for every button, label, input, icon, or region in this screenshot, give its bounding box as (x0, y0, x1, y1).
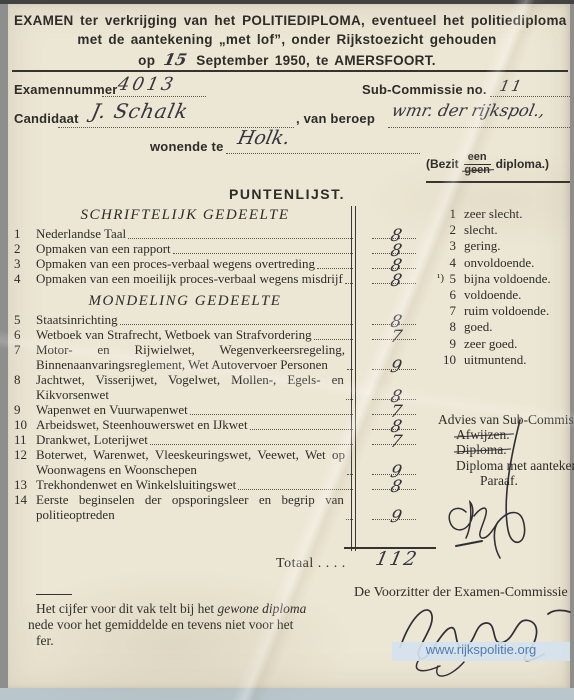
bezit-label-post: diploma.) (496, 157, 549, 171)
scale-row: 6voldoende. (438, 287, 551, 303)
score-row: 3 Opmaken van een proces-verbaal wegens … (14, 256, 436, 271)
scanned-exam-document: EXAMEN ter verkrijging van het POLITIEDI… (0, 0, 574, 700)
header-divider (12, 70, 568, 72)
grading-scale: 1zeer slecht. 2slecht. 3gering. 4onvoldo… (438, 206, 551, 368)
header-line3-post: September 1950, te AMERSFOORT. (196, 53, 436, 68)
dot-leader (150, 433, 353, 445)
score-row: 12 Boterwet, Warenwet, Vleeskeuringswet,… (14, 447, 436, 477)
item-number: 10 (14, 417, 36, 432)
scale-row: 9zeer goed. (438, 336, 551, 352)
bezit-option-geen-struck: geen (464, 165, 490, 176)
scale-row: 4onvoldoende. (438, 255, 551, 271)
handwritten-score: 8 (354, 274, 437, 289)
score-list: SCHRIFTELIJK GEDEELTE 1 Nederlandse Taal… (14, 208, 436, 522)
item-score-cell: 8 (356, 256, 436, 271)
item-score-cell: 8 (356, 387, 436, 402)
score-row: 5 Staatsinrichting 8 (14, 312, 436, 327)
item-score-cell: 9 (356, 462, 436, 477)
scale-row: 5bijna voldoende. (438, 271, 551, 287)
item-number: 5 (14, 312, 36, 327)
scale-row: 1zeer slecht. (438, 206, 551, 222)
handwritten-candidate-name: J. Schalk (89, 99, 191, 123)
item-label: Staatsinrichting (36, 312, 118, 327)
score-row: 11 Drankwet, Loterijwet 7 (14, 432, 436, 447)
handwritten-score: 7 (354, 330, 437, 345)
bezit-diploma-note: (Bezit een geen diploma.) (426, 152, 549, 176)
subcommissie-label: Sub-Commissie no. (362, 82, 487, 97)
dot-leader (314, 328, 353, 340)
item-number: 13 (14, 477, 36, 492)
item-score-cell: 7 (356, 402, 436, 417)
dot-leader (128, 227, 353, 239)
header-line3: op 15 September 1950, te AMERSFOORT. (0, 50, 574, 69)
item-score-cell: 7 (356, 327, 436, 342)
beroep-label: , van beroep (296, 111, 375, 126)
beroep-dotline (388, 127, 570, 128)
examennummer-label: Examennummer (14, 82, 118, 97)
item-label: Wapenwet en Vuurwapenwet (36, 402, 188, 417)
item-score-cell: 8 (356, 241, 436, 256)
score-row: 14 Eerste beginselen der opsporingsleer … (14, 492, 436, 522)
footnote-separator (36, 594, 72, 595)
score-row: 6 Wetboek van Strafrecht, Wetboek van St… (14, 327, 436, 342)
header-line2: met de aantekening „met lof”, onder Rijk… (0, 32, 574, 47)
score-row: 8 Jachtwet, Visserijwet, Vogelwet, Molle… (14, 372, 436, 402)
item-score-cell: 8 (356, 417, 436, 432)
schriftelijk-heading: SCHRIFTELIJK GEDEELTE (14, 208, 356, 223)
scale-row: 2slecht. (438, 222, 551, 238)
item-number: 12 (14, 447, 36, 462)
scale-row: 7ruim voldoende. (438, 303, 551, 319)
handwritten-score: 8 (354, 480, 437, 495)
totaal-label: Totaal . . . . (276, 556, 346, 572)
handwritten-subcommissie-no: 11 (498, 77, 525, 95)
item-score-cell: 9 (356, 507, 436, 522)
examennummer-dotline (102, 96, 206, 97)
item-number: 7 (14, 342, 36, 357)
footnote-italic-phrase: gewone diploma (217, 601, 306, 616)
header-line1: EXAMEN ter verkrijging van het POLITIEDI… (14, 13, 567, 28)
bezit-divider (426, 181, 570, 183)
scale-row: 8goed. (438, 319, 551, 335)
scan-bottom-edge (0, 688, 574, 700)
score-row: 9 Wapenwet en Vuurwapenwet 7 (14, 402, 436, 417)
handwritten-score: 7 (354, 435, 437, 450)
scan-top-edge (0, 0, 574, 4)
mondeling-heading: MONDELING GEDEELTE (14, 294, 356, 309)
item-score-cell: 8¹) (356, 271, 436, 286)
dot-leader (120, 313, 353, 325)
scale-row: 3gering. (438, 238, 551, 254)
paraaf-label: Paraaf. (480, 473, 574, 488)
item-label: Eerste beginselen der opsporingsleer en … (36, 492, 344, 522)
candidaat-label: Candidaat (14, 111, 79, 126)
item-score-cell: 8 (356, 226, 436, 241)
item-number: 8 (14, 372, 36, 387)
bezit-label-pre: (Bezit (426, 157, 459, 171)
score-row: 13 Trekhondenwet en Winkelsluitingswet 8 (14, 477, 436, 492)
footnote: Het cijfer voor dit vak telt bij het gew… (28, 594, 360, 649)
puntenlijst-title: PUNTENLIJST. (0, 186, 574, 202)
advies-option-diploma-struck: Diploma. (456, 442, 507, 457)
score-row: 2 Opmaken van een rapport 8 (14, 241, 436, 256)
item-label: Opmaken van een rapport (36, 241, 171, 256)
score-row: 10 Arbeidswet, Steenhouwerswet en IJkwet… (14, 417, 436, 432)
wonende-label: wonende te (150, 139, 224, 154)
item-label: Nederlandse Taal (36, 226, 126, 241)
advies-option-diploma-aantekening: Diploma met aantekening (456, 458, 574, 473)
item-label: Opmaken van een proces-verbaal wegens ov… (36, 256, 315, 271)
dot-leader (238, 478, 353, 490)
item-score-cell: 7 (356, 432, 436, 447)
item-label: Trekhondenwet en Winkelsluitingswet (36, 477, 236, 492)
item-number: 11 (14, 432, 36, 447)
handwritten-totaal-value: 112 (350, 548, 445, 570)
handwritten-exam-date: 15 (162, 50, 189, 69)
item-number: 3 (14, 256, 36, 271)
dot-leader (250, 418, 353, 430)
advies-title: Advies van Sub-Commissie (438, 412, 574, 427)
item-label: Motor- en Rijwielwet, Wegenverkeersregel… (36, 342, 345, 372)
scale-row: 10uitmuntend. (438, 352, 551, 368)
item-label: Opmaken van een moeilijk proces-verbaal … (36, 271, 343, 286)
voorzitter-label: De Voorzitter der Examen-Commissie (354, 585, 568, 601)
item-number: 9 (14, 402, 36, 417)
bezit-option-stack: een geen (464, 152, 491, 176)
rijkspolitie-watermark: www.rijkspolitie.org (392, 642, 570, 661)
dot-leader (173, 242, 353, 254)
item-number: 6 (14, 327, 36, 342)
header-line3-pre: op (138, 53, 155, 68)
item-score-cell: 9 (356, 357, 436, 372)
footnote-line3: fer. (36, 633, 360, 649)
item-number: 14 (14, 492, 36, 507)
item-label: Jachtwet, Visserijwet, Vogelwet, Mollen-… (36, 372, 344, 402)
dot-leader (190, 403, 353, 415)
handwritten-examennummer: 4013 (116, 74, 178, 95)
handwritten-score: 9 (354, 510, 437, 525)
footnote-line2: nede voor het gemiddelde en tevens niet … (28, 617, 360, 633)
score-row: 1 Nederlandse Taal 8 (14, 226, 436, 241)
item-label: Drankwet, Loterijwet (36, 432, 148, 447)
advies-option-afwijzen-struck: Afwijzen. (456, 427, 510, 442)
item-score-cell: 8 (356, 477, 436, 492)
handwritten-score: 9 (354, 360, 437, 375)
item-number: 2 (14, 241, 36, 256)
subcommissie-dotline (490, 96, 570, 97)
item-number: 4 (14, 271, 36, 286)
score-row: 7 Motor- en Rijwielwet, Wegenverkeersreg… (14, 342, 436, 372)
dot-leader (317, 257, 353, 269)
handwritten-beroep: wmr. der rijkspol., (390, 101, 547, 120)
score-column-double-rule (351, 206, 356, 551)
item-score-cell: 8 (356, 312, 436, 327)
item-number: 1 (14, 226, 36, 241)
wonende-dotline (226, 153, 420, 154)
item-label: Wetboek van Strafrecht, Wetboek van Stra… (36, 327, 312, 342)
handwritten-wonende: Holk. (236, 127, 292, 149)
advies-block: Advies van Sub-Commissie Afwijzen. Diplo… (438, 412, 574, 488)
item-label: Arbeidswet, Steenhouwerswet en IJkwet (36, 417, 248, 432)
item-label: Boterwet, Warenwet, Vleeskeuringswet, Ve… (36, 447, 345, 477)
score-row: 4 Opmaken van een moeilijk proces-verbaa… (14, 271, 436, 286)
